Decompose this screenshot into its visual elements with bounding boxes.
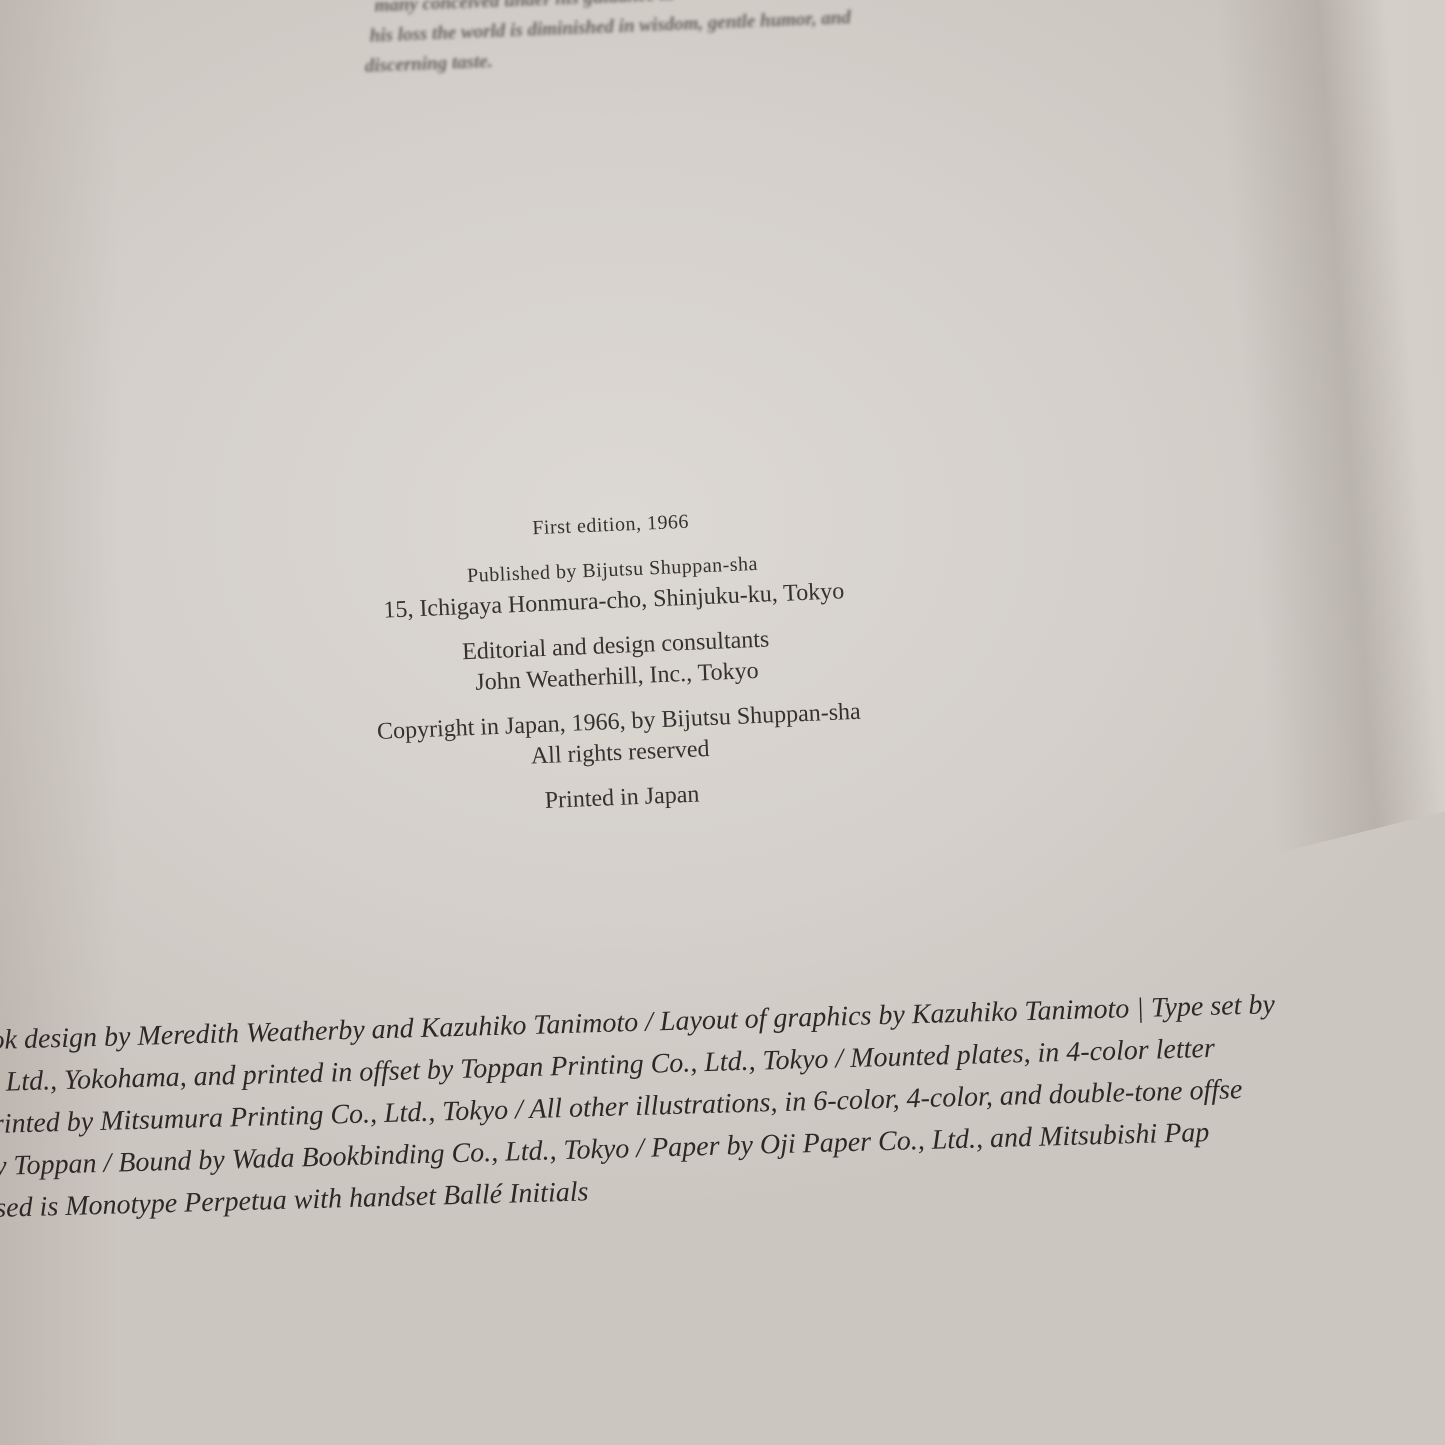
- page-curl-shadow: [1042, 0, 1445, 857]
- production-credits: ok design by Meredith Weatherby and Kazu…: [0, 978, 1445, 1230]
- blurred-paragraph: many conceived under his guidance ... hi…: [362, 0, 1025, 82]
- book-page: many conceived under his guidance ... hi…: [0, 0, 1445, 1445]
- colophon: First edition, 1966 Published by Bijutsu…: [280, 496, 953, 841]
